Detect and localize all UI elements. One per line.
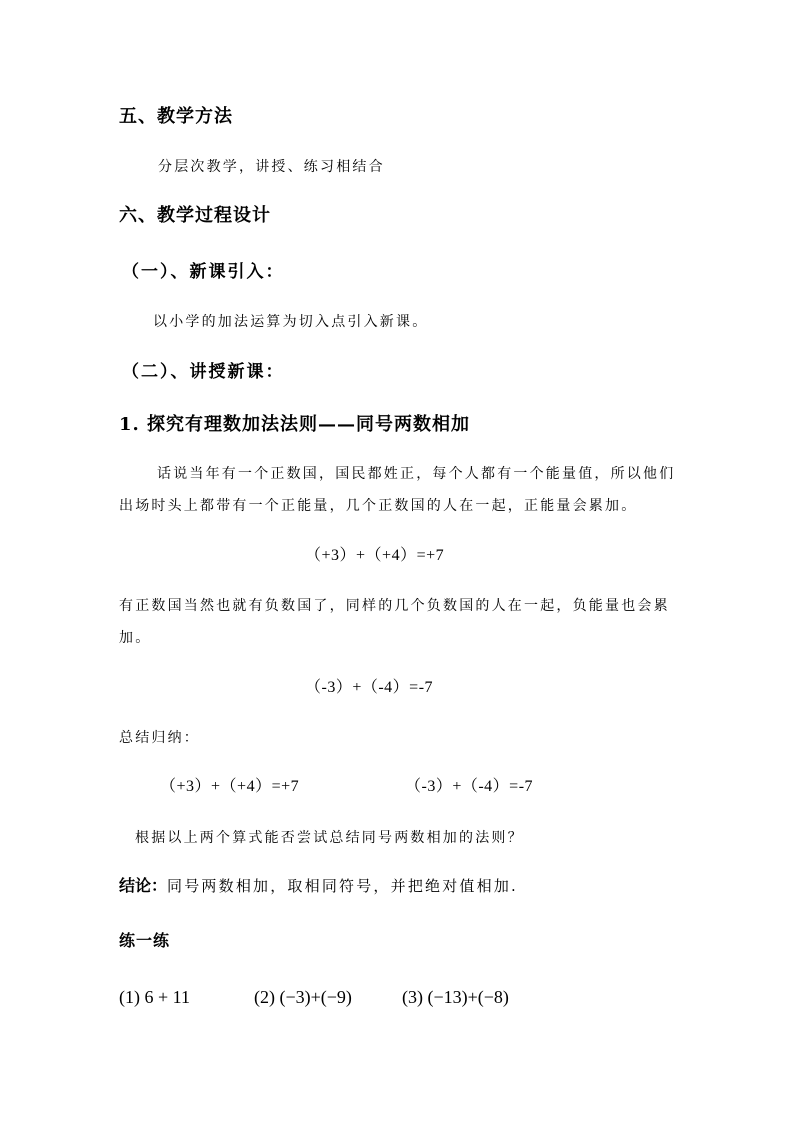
equation-positive-sum: （+3）+（+4）=+7 <box>305 548 444 564</box>
practice-item-1: (1) 6 + 11 <box>119 988 190 1006</box>
subsection-heading-introduction: （一）、新课引入： <box>122 264 285 281</box>
topic-heading-same-sign-addition: 1. 探究有理数加法法则——同号两数相加 <box>119 416 470 434</box>
negative-paragraph-line-2: 加。 <box>119 631 151 645</box>
story-paragraph-line-1: 话说当年有一个正数国，国民都姓正，每个人都有一个能量值，所以他们 <box>157 467 675 481</box>
section-heading-teaching-methods: 五、教学方法 <box>119 108 233 126</box>
practice-heading: 练一练 <box>119 933 170 949</box>
conclusion-label: 结论： <box>119 876 167 895</box>
section-heading-process-design: 六、教学过程设计 <box>119 207 271 225</box>
practice-item-2: (2) (−3)+(−9) <box>254 988 352 1006</box>
negative-paragraph-line-1: 有正数国当然也就有负数国了，同样的几个负数国的人在一起，负能量也会累 <box>119 599 670 613</box>
summary-equation-left: （+3）+（+4）=+7 <box>160 779 299 795</box>
conclusion-text: 同号两数相加，取相同符号，并把绝对值相加. <box>167 877 518 895</box>
rule-question: 根据以上两个算式能否尝试总结同号两数相加的法则？ <box>135 831 524 845</box>
story-paragraph-line-2: 出场时头上都带有一个正能量，几个正数国的人在一起，正能量会累加。 <box>119 499 637 513</box>
practice-item-3: (3) (−13)+(−8) <box>402 988 509 1006</box>
introduction-text: 以小学的加法运算为切入点引入新课。 <box>153 315 428 329</box>
teaching-methods-text: 分层次教学，讲授、练习相结合 <box>158 160 385 174</box>
document-page: 五、教学方法 分层次教学，讲授、练习相结合 六、教学过程设计 （一）、新课引入：… <box>0 0 794 1123</box>
subsection-heading-new-lesson: （二）、讲授新课： <box>122 364 285 381</box>
conclusion-line: 结论：同号两数相加，取相同符号，并把绝对值相加. <box>119 878 518 894</box>
summary-equation-right: （-3）+（-4）=-7 <box>405 779 533 795</box>
equation-negative-sum: （-3）+（-4）=-7 <box>305 680 433 696</box>
summary-label: 总结归纳： <box>119 731 200 745</box>
